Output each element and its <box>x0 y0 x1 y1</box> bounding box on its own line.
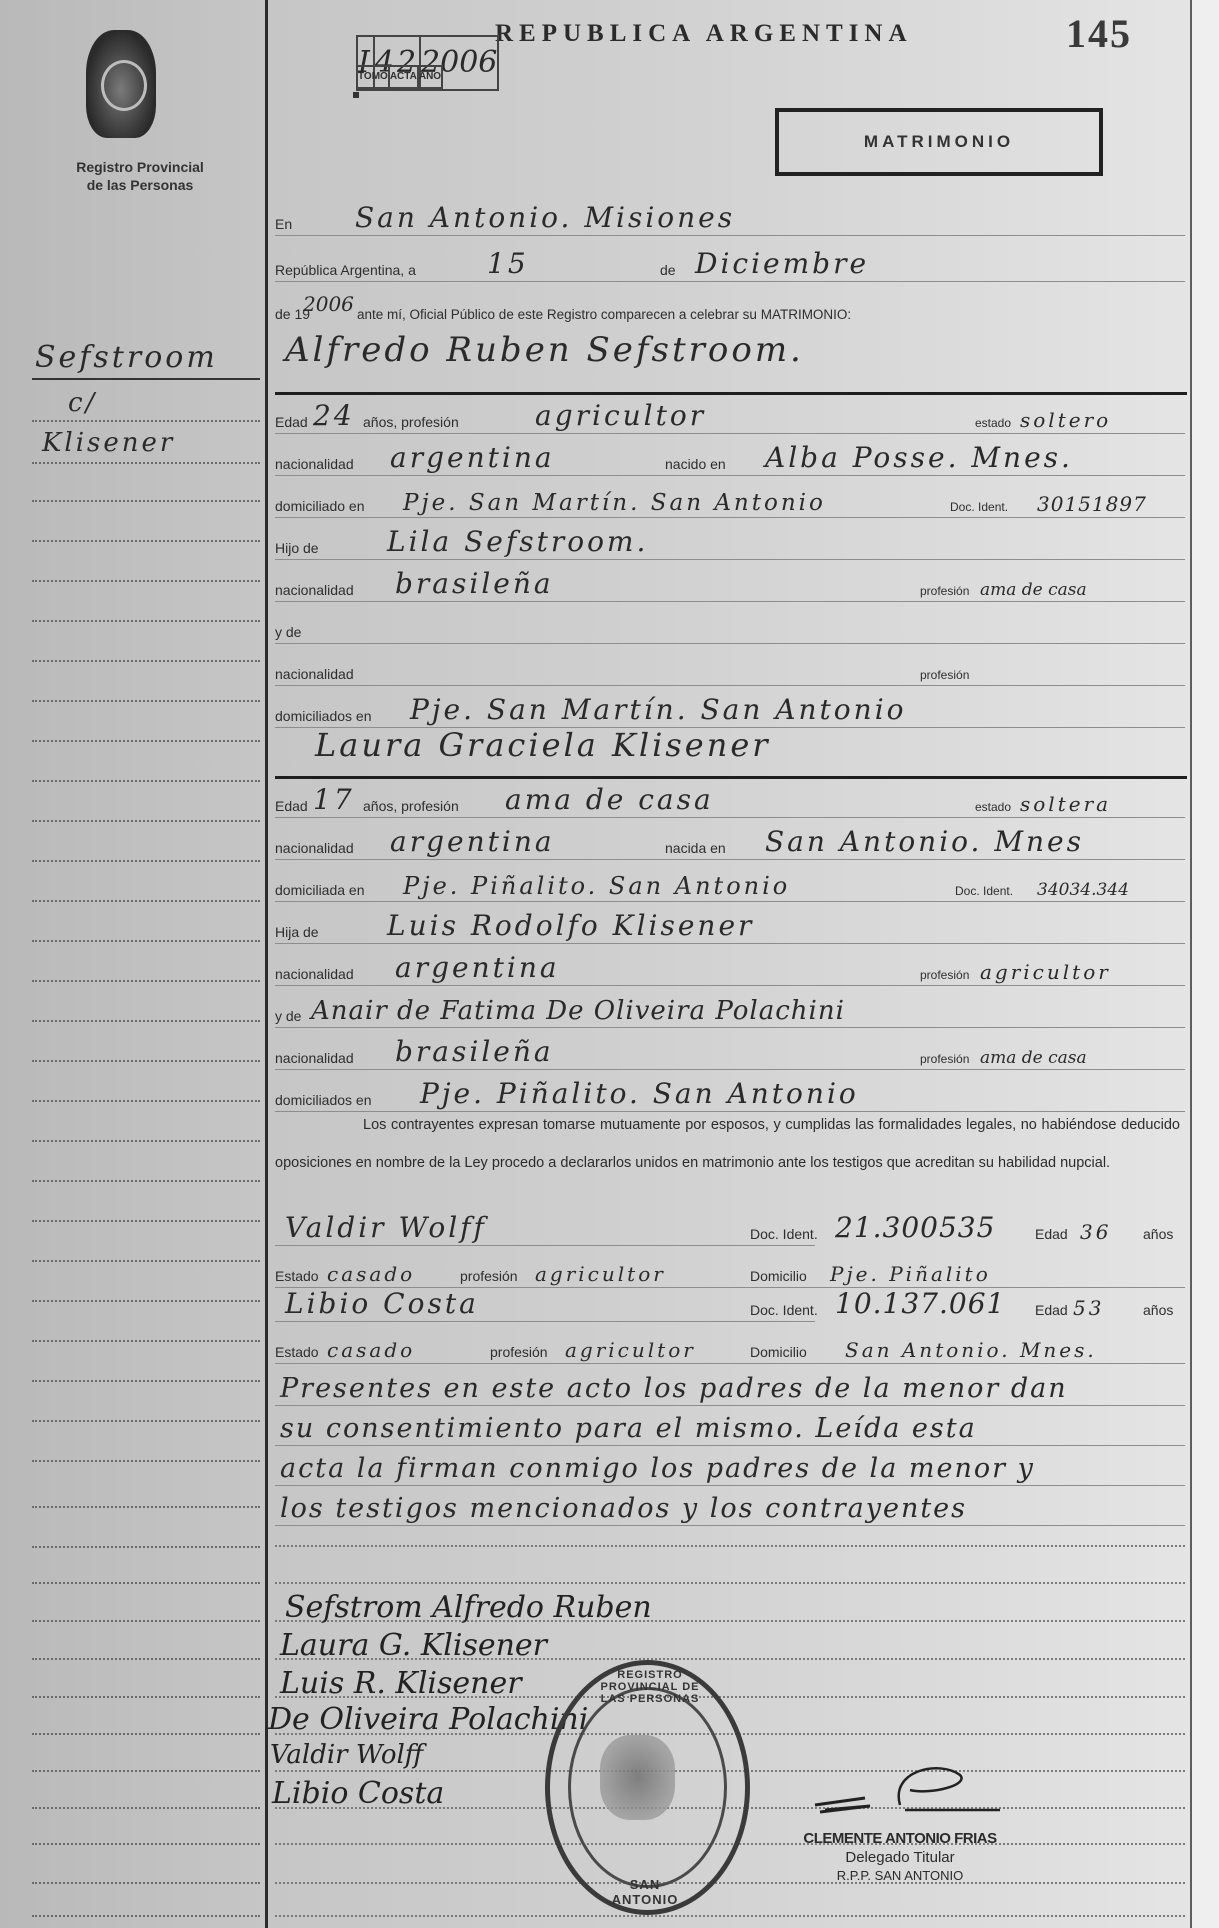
margin-note-surname-1: Sefstroom <box>35 340 218 375</box>
acta-label: ACTA <box>389 66 418 88</box>
bride-address-row: domiciliada en Pje. Piñalito. San Antoni… <box>275 866 1185 906</box>
note-line-4: los testigos mencionados y los contrayen… <box>275 1490 1185 1530</box>
margin-note-connector: c/ <box>68 388 97 418</box>
ano-label: AÑO <box>418 66 442 88</box>
bride-address: Pje. Piñalito. San Antonio <box>403 872 790 900</box>
bride-doc-id: 34034.344 <box>1037 880 1129 900</box>
signature-bride-mother: De Oliveira Polachini <box>268 1702 588 1737</box>
declaration-text: Los contrayentes expresan tomarse mutuam… <box>275 1106 1180 1182</box>
witness2-row: Libio Costa Doc. Ident. 10.137.061 Edad … <box>275 1286 1185 1326</box>
witness1-name: Valdir Wolff <box>285 1211 487 1244</box>
witness1-profession: agricultor <box>535 1262 666 1286</box>
registrar-role: Delegado Titular <box>780 1849 1020 1866</box>
bride-parent1-nationality: argentina <box>395 951 560 984</box>
bride-parent2-nationality: brasileña <box>395 1035 554 1068</box>
witness2-details-row: Estado casado profesión agricultor Domic… <box>275 1328 1185 1368</box>
groom-civil-status: soltero <box>1020 408 1111 432</box>
page-number: 145 <box>1066 10 1132 57</box>
de-label: de <box>660 262 676 278</box>
bride-birthplace: San Antonio. Mnes <box>765 825 1084 858</box>
place-row: En San Antonio. Misiones <box>275 200 1185 240</box>
margin-divider <box>265 0 268 1928</box>
country-title: REPUBLICA ARGENTINA <box>495 20 913 48</box>
year-value: 2006 <box>303 292 354 316</box>
margin-column: Registro Provincial de las Personas Sefs… <box>0 0 265 1928</box>
witness1-row: Valdir Wolff Doc. Ident. 21.300535 Edad … <box>275 1210 1185 1250</box>
statement-text: ante mí, Oficial Público de este Registr… <box>357 307 851 322</box>
signature-witness-1: Valdir Wolff <box>270 1740 423 1770</box>
note-line-3: acta la firman conmigo los padres de la … <box>275 1450 1185 1490</box>
stamp-text-top: REGISTRO PROVINCIAL DE LAS PERSONAS <box>590 1669 710 1705</box>
bride-parent1-profession: agricultor <box>980 960 1111 984</box>
bride-parent2-profession: ama de casa <box>980 1048 1087 1068</box>
place-value: San Antonio. Misiones <box>355 201 735 234</box>
groom-doc-id: 30151897 <box>1037 492 1147 516</box>
groom-profession: agricultor <box>535 399 706 432</box>
registrar-office: R.P.P. SAN ANTONIO <box>780 1868 1020 1883</box>
groom-parent1-nat-row: nacionalidad brasileña profesión ama de … <box>275 566 1185 606</box>
groom-address-row: domiciliado en Pje. San Martín. San Anto… <box>275 482 1185 522</box>
margin-note-surname-2: Klisener <box>42 428 175 458</box>
groom-name: Alfredo Ruben Sefstroom. <box>285 330 804 370</box>
bride-parent2-name: Anair de Fatima De Oliveira Polachini <box>311 996 845 1026</box>
witness1-age: 36 <box>1080 1220 1111 1244</box>
groom-father-row: Hijo de Lila Sefstroom. <box>275 524 1185 564</box>
official-stamp: REGISTRO PROVINCIAL DE LAS PERSONAS SAN … <box>545 1660 750 1915</box>
groom-address: Pje. San Martín. San Antonio <box>403 490 826 516</box>
bride-age-row: Edad 17 años, profesión ama de casa esta… <box>275 782 1185 822</box>
registrar-block: CLEMENTE ANTONIO FRIAS Delegado Titular … <box>780 1830 1020 1883</box>
coat-of-arms-icon <box>86 30 156 138</box>
bride-name: Laura Graciela Klisener <box>315 726 771 764</box>
groom-birthplace: Alba Posse. Mnes. <box>765 441 1073 474</box>
tomo-label: TOMO <box>357 66 389 88</box>
signature-bride-father: Luis R. Klisener <box>280 1666 522 1701</box>
groom-parent1-profession: ama de casa <box>980 580 1087 600</box>
bride-divider <box>275 776 1187 779</box>
witness2-address: San Antonio. Mnes. <box>845 1338 1097 1362</box>
bride-nationality: argentina <box>390 825 555 858</box>
bride-nationality-row: nacionalidad argentina nacida en San Ant… <box>275 824 1185 864</box>
groom-nationality-row: nacionalidad argentina nacido en Alba Po… <box>275 440 1185 480</box>
witness1-doc-id: 21.300535 <box>835 1211 995 1244</box>
witness2-doc-id: 10.137.061 <box>835 1287 1005 1320</box>
groom-age: 24 <box>313 399 355 432</box>
witness2-name: Libio Costa <box>285 1287 479 1320</box>
signature-bride: Laura G. Klisener <box>280 1628 547 1663</box>
bride-parent1-name: Luis Rodolfo Klisener <box>387 909 754 942</box>
registrar-name: CLEMENTE ANTONIO FRIAS <box>780 1830 1020 1847</box>
day-value: 15 <box>487 247 529 280</box>
witness1-address: Pje. Piñalito <box>830 1262 991 1286</box>
witness1-civil-status: casado <box>327 1262 415 1286</box>
signature-groom: Sefstrom Alfredo Ruben <box>285 1590 652 1625</box>
bride-father-row: Hija de Luis Rodolfo Klisener <box>275 908 1185 948</box>
groom-parents-address: Pje. San Martín. San Antonio <box>410 693 907 726</box>
groom-parent1-nationality: brasileña <box>395 567 554 600</box>
bride-name-row: Laura Graciela Klisener <box>275 730 1185 770</box>
note-line-2: su consentimiento para el mismo. Leída e… <box>275 1410 1185 1450</box>
month-value: Diciembre <box>695 247 869 280</box>
groom-divider <box>275 392 1187 395</box>
groom-age-row: Edad 24 años, profesión agricultor estad… <box>275 398 1185 438</box>
note-line-1: Presentes en este acto los padres de la … <box>275 1370 1185 1410</box>
bride-mother-row: y de Anair de Fatima De Oliveira Polachi… <box>275 992 1185 1032</box>
bride-age: 17 <box>313 783 355 816</box>
groom-nationality: argentina <box>390 441 555 474</box>
organization-name: Registro Provincial de las Personas <box>50 158 230 194</box>
witness2-profession: agricultor <box>565 1338 696 1362</box>
bride-profession: ama de casa <box>505 783 714 816</box>
witness2-age: 53 <box>1073 1296 1104 1320</box>
republica-label: República Argentina, a <box>275 262 416 278</box>
witness2-civil-status: casado <box>327 1338 415 1362</box>
en-label: En <box>275 216 292 232</box>
signature-witness-2: Libio Costa <box>272 1776 444 1811</box>
reference-table: I 42 2006 TOMO ACTA AÑO <box>353 92 359 98</box>
date-row: República Argentina, a 15 de Diciembre <box>275 246 1185 286</box>
stamp-text-bottom: SAN ANTONIO <box>595 1877 695 1907</box>
groom-parent1-name: Lila Sefstroom. <box>387 525 648 558</box>
page-edge <box>1192 0 1219 1928</box>
document-type-box: MATRIMONIO <box>775 108 1103 176</box>
stamp-emblem-icon <box>600 1735 675 1820</box>
groom-parent2-nat-row: nacionalidad profesión <box>275 650 1185 690</box>
statement-row: de 19 2006 ante mí, Oficial Público de e… <box>275 290 1185 330</box>
bride-civil-status: soltera <box>1020 792 1111 816</box>
registrar-signature <box>810 1760 1010 1815</box>
groom-name-row: Alfredo Ruben Sefstroom. <box>275 336 1185 376</box>
bride-parent1-nat-row: nacionalidad argentina profesión agricul… <box>275 950 1185 990</box>
bride-parent2-nat-row: nacionalidad brasileña profesión ama de … <box>275 1034 1185 1074</box>
groom-parent2-row: y de <box>275 608 1185 648</box>
